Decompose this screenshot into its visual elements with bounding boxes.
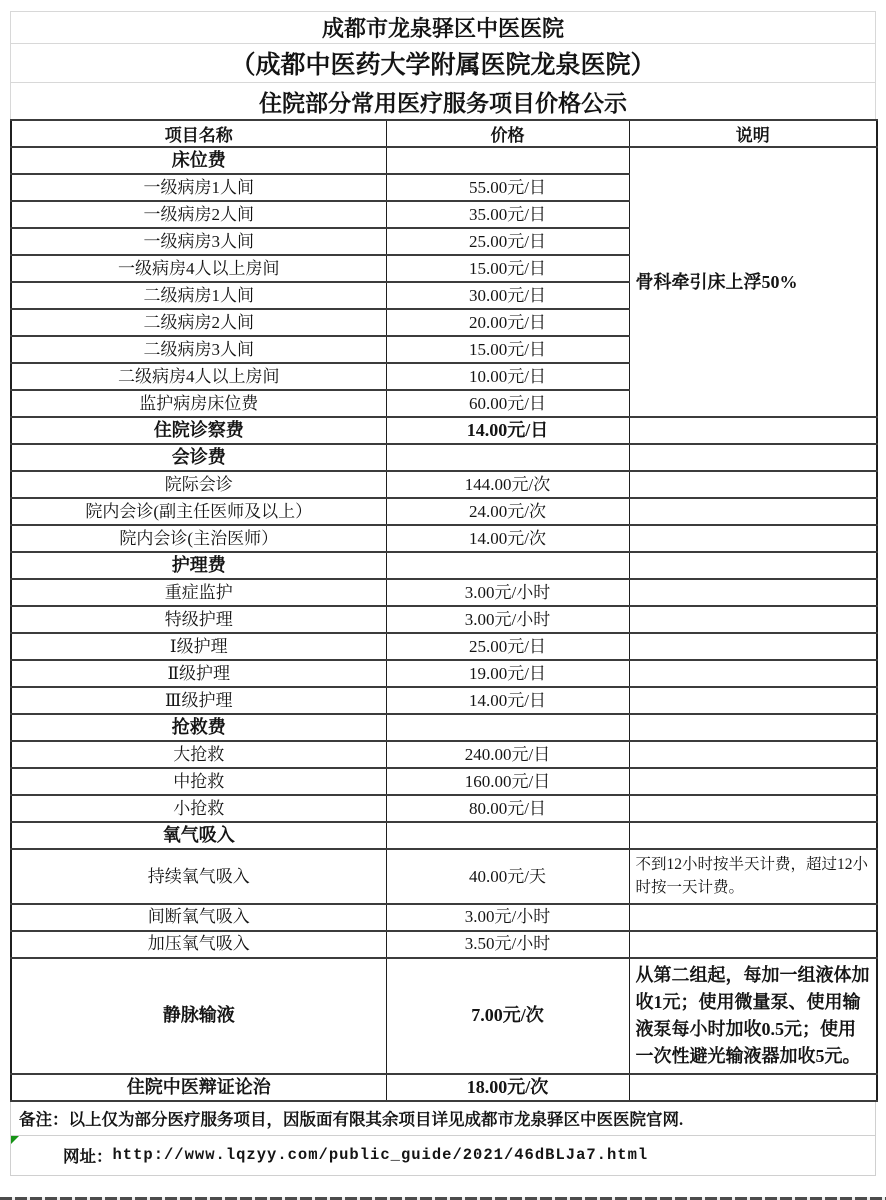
- item-price-cell: 144.00元/次: [386, 471, 629, 498]
- table-row: 抢救费: [11, 714, 877, 741]
- item-note-cell: [629, 795, 877, 822]
- item-price-cell: 55.00元/日: [386, 174, 629, 201]
- item-price-cell: 25.00元/日: [386, 228, 629, 255]
- item-note-cell: [629, 904, 877, 931]
- hospital-subtitle: （成都中医药大学附属医院龙泉医院）: [11, 44, 875, 83]
- item-price-cell: 19.00元/日: [386, 660, 629, 687]
- item-price-cell: [386, 444, 629, 471]
- footer-block: 备注：以上仅为部分医疗服务项目，因版面有限其余项目详见成都市龙泉驿区中医医院官网…: [10, 1102, 876, 1176]
- item-note-cell: [629, 1074, 877, 1101]
- item-name-cell: Ⅰ级护理: [11, 633, 386, 660]
- table-row: Ⅰ级护理 25.00元/日: [11, 633, 877, 660]
- item-note-cell: [629, 444, 877, 471]
- item-name-cell: 二级病房2人间: [11, 309, 386, 336]
- table-row: Ⅱ级护理 19.00元/日: [11, 660, 877, 687]
- item-note-cell: [629, 822, 877, 849]
- item-name-cell: 住院中医辩证论治: [11, 1074, 386, 1101]
- table-row: Ⅲ级护理 14.00元/日: [11, 687, 877, 714]
- item-price-cell: 160.00元/日: [386, 768, 629, 795]
- item-name-cell: 小抢救: [11, 795, 386, 822]
- item-price-cell: 3.00元/小时: [386, 904, 629, 931]
- item-name-cell: 会诊费: [11, 444, 386, 471]
- item-name-cell: 院际会诊: [11, 471, 386, 498]
- item-price-cell: 15.00元/日: [386, 336, 629, 363]
- table-row: 持续氧气吸入 40.00元/天 不到12小时按半天计费，超过12小时按一天计费。: [11, 849, 877, 904]
- item-name-cell: 一级病房3人间: [11, 228, 386, 255]
- item-price-cell: [386, 714, 629, 741]
- hospital-title: 成都市龙泉驿区中医医院: [11, 12, 875, 44]
- item-note-cell: [629, 606, 877, 633]
- item-price-cell: 80.00元/日: [386, 795, 629, 822]
- item-name-cell: 监护病房床位费: [11, 390, 386, 417]
- item-note-cell: [629, 498, 877, 525]
- item-price-cell: [386, 147, 629, 174]
- item-price-cell: 7.00元/次: [386, 958, 629, 1074]
- item-name-cell: Ⅱ级护理: [11, 660, 386, 687]
- item-price-cell: 18.00元/次: [386, 1074, 629, 1101]
- price-table-body: 床位费 骨科牵引床上浮50% 一级病房1人间 55.00元/日 一级病房2人间 …: [11, 147, 877, 1101]
- item-price-cell: 25.00元/日: [386, 633, 629, 660]
- item-note-cell: [629, 471, 877, 498]
- item-name-cell: 大抢救: [11, 741, 386, 768]
- item-price-cell: 15.00元/日: [386, 255, 629, 282]
- item-name-cell: 一级病房4人以上房间: [11, 255, 386, 282]
- cell-flag-triangle-icon: [11, 1136, 19, 1144]
- item-name-cell: 院内会诊(主治医师）: [11, 525, 386, 552]
- table-row: 大抢救 240.00元/日: [11, 741, 877, 768]
- item-name-cell: 中抢救: [11, 768, 386, 795]
- table-row: 小抢救 80.00元/日: [11, 795, 877, 822]
- url-text: http://www.lqzyy.com/public_guide/2021/4…: [113, 1146, 649, 1164]
- price-table: 项目名称 价格 说明 床位费 骨科牵引床上浮50% 一级病房1人间 55.00元…: [10, 119, 878, 1102]
- table-row: 床位费 骨科牵引床上浮50%: [11, 147, 877, 174]
- item-name-cell: 加压氧气吸入: [11, 931, 386, 958]
- item-note-cell: 不到12小时按半天计费，超过12小时按一天计费。: [629, 849, 877, 904]
- item-note-cell: [629, 931, 877, 958]
- table-row: 护理费: [11, 552, 877, 579]
- table-row: 院际会诊 144.00元/次: [11, 471, 877, 498]
- item-note-cell: [629, 660, 877, 687]
- table-row: 中抢救 160.00元/日: [11, 768, 877, 795]
- url-row: 网址： http://www.lqzyy.com/public_guide/20…: [11, 1136, 875, 1175]
- item-name-cell: 间断氧气吸入: [11, 904, 386, 931]
- item-price-cell: 20.00元/日: [386, 309, 629, 336]
- remark-text: 备注：以上仅为部分医疗服务项目，因版面有限其余项目详见成都市龙泉驿区中医医院官网…: [19, 1106, 683, 1130]
- item-note-cell: [629, 714, 877, 741]
- item-note-cell: [629, 552, 877, 579]
- item-name-cell: 二级病房4人以上房间: [11, 363, 386, 390]
- remark-row: 备注：以上仅为部分医疗服务项目，因版面有限其余项目详见成都市龙泉驿区中医医院官网…: [11, 1102, 875, 1136]
- item-name-cell: 床位费: [11, 147, 386, 174]
- item-price-cell: 3.50元/小时: [386, 931, 629, 958]
- table-row: 重症监护 3.00元/小时: [11, 579, 877, 606]
- item-price-cell: 240.00元/日: [386, 741, 629, 768]
- item-price-cell: 60.00元/日: [386, 390, 629, 417]
- price-sheet: 成都市龙泉驿区中医医院 （成都中医药大学附属医院龙泉医院） 住院部分常用医疗服务…: [10, 11, 876, 1176]
- item-price-cell: 10.00元/日: [386, 363, 629, 390]
- column-header-item: 项目名称: [11, 120, 386, 147]
- item-name-cell: 一级病房2人间: [11, 201, 386, 228]
- item-note-cell: 骨科牵引床上浮50%: [629, 147, 877, 417]
- item-note-cell: [629, 525, 877, 552]
- table-row: 特级护理 3.00元/小时: [11, 606, 877, 633]
- table-row: 氧气吸入: [11, 822, 877, 849]
- item-note-cell: [629, 741, 877, 768]
- item-name-cell: 持续氧气吸入: [11, 849, 386, 904]
- item-name-cell: 一级病房1人间: [11, 174, 386, 201]
- item-note-cell: [629, 579, 877, 606]
- item-name-cell: 特级护理: [11, 606, 386, 633]
- item-price-cell: [386, 822, 629, 849]
- item-note-cell: [629, 687, 877, 714]
- item-note-cell: 从第二组起，每加一组液体加收1元；使用微量泵、使用输液泵每小时加收0.5元；使用…: [629, 958, 877, 1074]
- item-name-cell: Ⅲ级护理: [11, 687, 386, 714]
- table-row: 会诊费: [11, 444, 877, 471]
- item-price-cell: 40.00元/天: [386, 849, 629, 904]
- table-row: 院内会诊(主治医师） 14.00元/次: [11, 525, 877, 552]
- item-price-cell: 14.00元/日: [386, 417, 629, 444]
- item-name-cell: 二级病房3人间: [11, 336, 386, 363]
- item-note-cell: [629, 633, 877, 660]
- item-name-cell: 二级病房1人间: [11, 282, 386, 309]
- item-price-cell: 14.00元/次: [386, 525, 629, 552]
- table-row: 静脉输液 7.00元/次 从第二组起，每加一组液体加收1元；使用微量泵、使用输液…: [11, 958, 877, 1074]
- item-note-cell: [629, 417, 877, 444]
- table-row: 加压氧气吸入 3.50元/小时: [11, 931, 877, 958]
- table-header-row: 项目名称 价格 说明: [11, 120, 877, 147]
- item-name-cell: 护理费: [11, 552, 386, 579]
- item-price-cell: 35.00元/日: [386, 201, 629, 228]
- table-row: 住院诊察费 14.00元/日: [11, 417, 877, 444]
- item-name-cell: 抢救费: [11, 714, 386, 741]
- item-price-cell: 24.00元/次: [386, 498, 629, 525]
- item-name-cell: 住院诊察费: [11, 417, 386, 444]
- table-row: 住院中医辩证论治 18.00元/次: [11, 1074, 877, 1101]
- item-name-cell: 氧气吸入: [11, 822, 386, 849]
- item-name-cell: 院内会诊(副主任医师及以上）: [11, 498, 386, 525]
- item-price-cell: 3.00元/小时: [386, 579, 629, 606]
- item-price-cell: 30.00元/日: [386, 282, 629, 309]
- item-price-cell: 14.00元/日: [386, 687, 629, 714]
- item-price-cell: 3.00元/小时: [386, 606, 629, 633]
- item-note-cell: [629, 768, 877, 795]
- table-row: 院内会诊(副主任医师及以上） 24.00元/次: [11, 498, 877, 525]
- table-row: 间断氧气吸入 3.00元/小时: [11, 904, 877, 931]
- title-block: 成都市龙泉驿区中医医院 （成都中医药大学附属医院龙泉医院） 住院部分常用医疗服务…: [10, 11, 876, 119]
- column-header-note: 说明: [629, 120, 877, 147]
- item-price-cell: [386, 552, 629, 579]
- item-name-cell: 重症监护: [11, 579, 386, 606]
- item-name-cell: 静脉输液: [11, 958, 386, 1074]
- url-label: 网址：: [63, 1143, 113, 1167]
- column-header-price: 价格: [386, 120, 629, 147]
- sheet-title: 住院部分常用医疗服务项目价格公示: [11, 83, 875, 119]
